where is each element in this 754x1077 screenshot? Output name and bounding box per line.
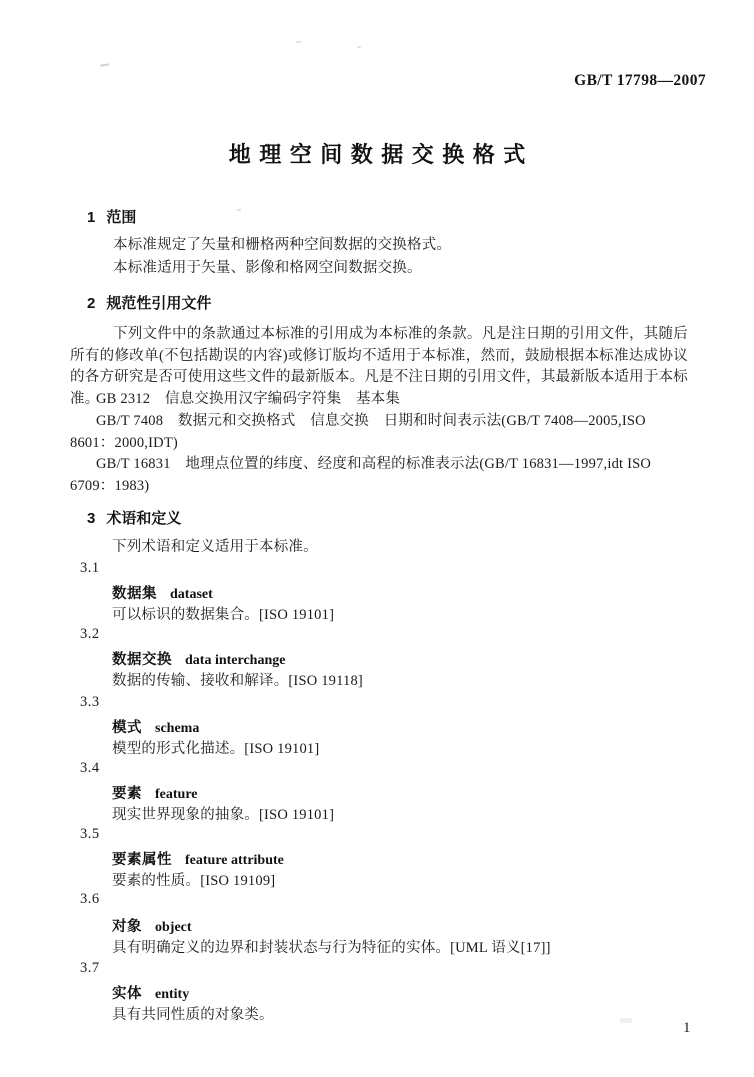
term-en: schema — [155, 721, 199, 736]
term-entry: 3.5 要素属性feature attribute 要素的性质。[ISO 191… — [0, 826, 754, 894]
term-entry: 3.2 数据交换data interchange 数据的传输、接收和解译。[IS… — [0, 626, 754, 694]
reference-item: GB/T 7408 数据元和交换格式 信息交换 日期和时间表示法(GB/T 74… — [70, 411, 687, 454]
term-number: 3.2 — [80, 626, 100, 643]
term-en: dataset — [170, 587, 213, 602]
term-zh: 对象 — [112, 919, 142, 935]
clause-title: 规范性引用文件 — [106, 295, 211, 312]
term-zh: 要素属性 — [112, 852, 172, 868]
scan-artifact — [237, 209, 241, 211]
term-number: 3.4 — [80, 760, 100, 777]
term-en: feature attribute — [185, 853, 284, 868]
term-definition: 现实世界现象的抽象。[ISO 19101] — [112, 803, 334, 824]
clause-number: 2 — [87, 295, 95, 312]
clause-1-heading: 1范围 — [87, 206, 136, 227]
term-name: 数据交换data interchange — [112, 648, 285, 669]
term-name: 数据集dataset — [112, 582, 213, 603]
term-en: entity — [155, 987, 189, 1002]
term-en: object — [155, 920, 192, 935]
term-name: 要素feature — [112, 782, 198, 803]
term-name: 实体entity — [112, 982, 189, 1003]
doc-title: 地理空间数据交换格式 — [0, 138, 754, 169]
term-entry: 3.4 要素feature 现实世界现象的抽象。[ISO 19101] — [0, 760, 754, 828]
doc-number: GB/T 17798—2007 — [574, 72, 706, 90]
page-number: 1 — [683, 1020, 691, 1037]
document-page: GB/T 17798—2007 地理空间数据交换格式 1范围 本标准规定了矢量和… — [0, 0, 754, 1077]
term-definition: 具有明确定义的边界和封装状态与行为特征的实体。[UML 语义[17]] — [112, 936, 551, 957]
term-zh: 实体 — [112, 986, 142, 1002]
scope-paragraph: 本标准适用于矢量、影像和格网空间数据交换。 — [113, 258, 422, 278]
scan-artifact — [100, 63, 109, 66]
term-number: 3.3 — [80, 694, 100, 711]
term-number: 3.5 — [80, 826, 100, 843]
clause-title: 术语和定义 — [106, 510, 181, 527]
terms-intro: 下列术语和定义适用于本标准。 — [112, 537, 318, 557]
term-entry: 3.1 数据集dataset 可以标识的数据集合。[ISO 19101] — [0, 560, 754, 628]
term-definition: 可以标识的数据集合。[ISO 19101] — [112, 603, 334, 624]
term-entry: 3.6 对象object 具有明确定义的边界和封装状态与行为特征的实体。[UML… — [0, 891, 754, 959]
term-definition: 要素的性质。[ISO 19109] — [112, 869, 275, 890]
reference-item: GB/T 16831 地理点位置的纬度、经度和高程的标准表示法(GB/T 168… — [70, 454, 687, 497]
term-zh: 要素 — [112, 786, 142, 802]
term-definition: 具有共同性质的对象类。 — [112, 1003, 274, 1024]
clause-number: 1 — [87, 209, 95, 226]
term-number: 3.6 — [80, 891, 100, 908]
term-name: 要素属性feature attribute — [112, 848, 284, 869]
term-entry: 3.7 实体entity 具有共同性质的对象类。 — [0, 960, 754, 1028]
term-number: 3.7 — [80, 960, 100, 977]
clause-2-heading: 2规范性引用文件 — [87, 292, 211, 313]
term-name: 对象object — [112, 915, 192, 936]
term-number: 3.1 — [80, 560, 100, 577]
term-en: data interchange — [185, 653, 285, 668]
scope-paragraph: 本标准规定了矢量和栅格两种空间数据的交换格式。 — [113, 235, 451, 255]
term-zh: 数据集 — [112, 586, 157, 602]
scan-artifact — [296, 41, 301, 43]
scan-artifact — [357, 46, 361, 48]
term-name: 模式schema — [112, 716, 199, 737]
term-entry: 3.3 模式schema 模型的形式化描述。[ISO 19101] — [0, 694, 754, 762]
term-zh: 数据交换 — [112, 652, 172, 668]
reference-item: GB 2312 信息交换用汉字编码字符集 基本集 — [70, 389, 687, 411]
term-zh: 模式 — [112, 720, 142, 736]
clause-title: 范围 — [106, 209, 136, 226]
term-definition: 模型的形式化描述。[ISO 19101] — [112, 737, 319, 758]
clause-3-heading: 3术语和定义 — [87, 507, 181, 528]
clause-number: 3 — [87, 510, 95, 527]
term-en: feature — [155, 787, 198, 802]
term-definition: 数据的传输、接收和解译。[ISO 19118] — [112, 669, 363, 690]
